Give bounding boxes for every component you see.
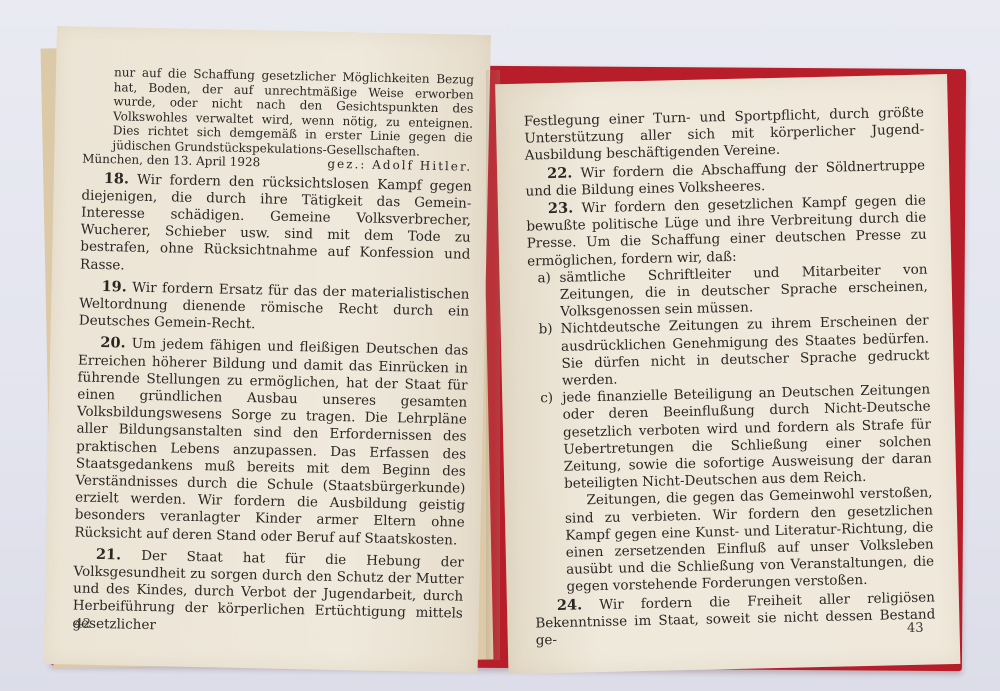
paragraph-21: 21. Der Staat hat für die Hebung der Vol… [72, 545, 464, 640]
intro-text: nur auf die Schaffung gesetzlicher Mögli… [82, 65, 474, 160]
paragraph-23: 23. Wir fordern den gesetzlichen Kampf g… [526, 192, 927, 271]
right-page-text: Festlegung einer Turn- und Sportpflicht,… [524, 105, 936, 650]
page-number-right: 43 [907, 619, 924, 637]
list-item-a: a) sämtliche Schriftleiter und Mitarbeit… [537, 261, 928, 321]
right-page: Festlegung einer Turn- und Sportpflicht,… [495, 74, 960, 674]
left-page: nur auf die Schaffung gesetzlicher Mögli… [44, 26, 491, 673]
signature: gez.: Adolf Hitler. [327, 157, 472, 175]
left-page-text: nur auf die Schaffung gesetzlicher Mögli… [72, 65, 474, 641]
paragraph-18: 18. Wir fordern den rücksichtslosen Kamp… [80, 169, 472, 281]
paragraph-19: 19. Wir fordern Ersatz für das der mater… [79, 277, 470, 338]
paragraph-24: 24. Wir fordern die Freiheit aller relig… [535, 588, 936, 650]
list-item-b: b) Nichtdeutsche Zeitungen zu ihrem Ersc… [539, 313, 930, 391]
place-date: München, den 13. April 1928 [82, 152, 260, 170]
continuation-text: Festlegung einer Turn- und Sportpflicht,… [524, 105, 925, 166]
paragraph-20: 20. Um jedem fähigen und fleißigen Deuts… [74, 334, 468, 550]
page-number-left: 42 [74, 615, 91, 633]
list-item-c: c) jede finanzielle Beteiligung an Deuts… [540, 382, 932, 494]
sub-paragraph: Zeitungen, die gegen das Gemeinwohl vers… [532, 485, 934, 597]
